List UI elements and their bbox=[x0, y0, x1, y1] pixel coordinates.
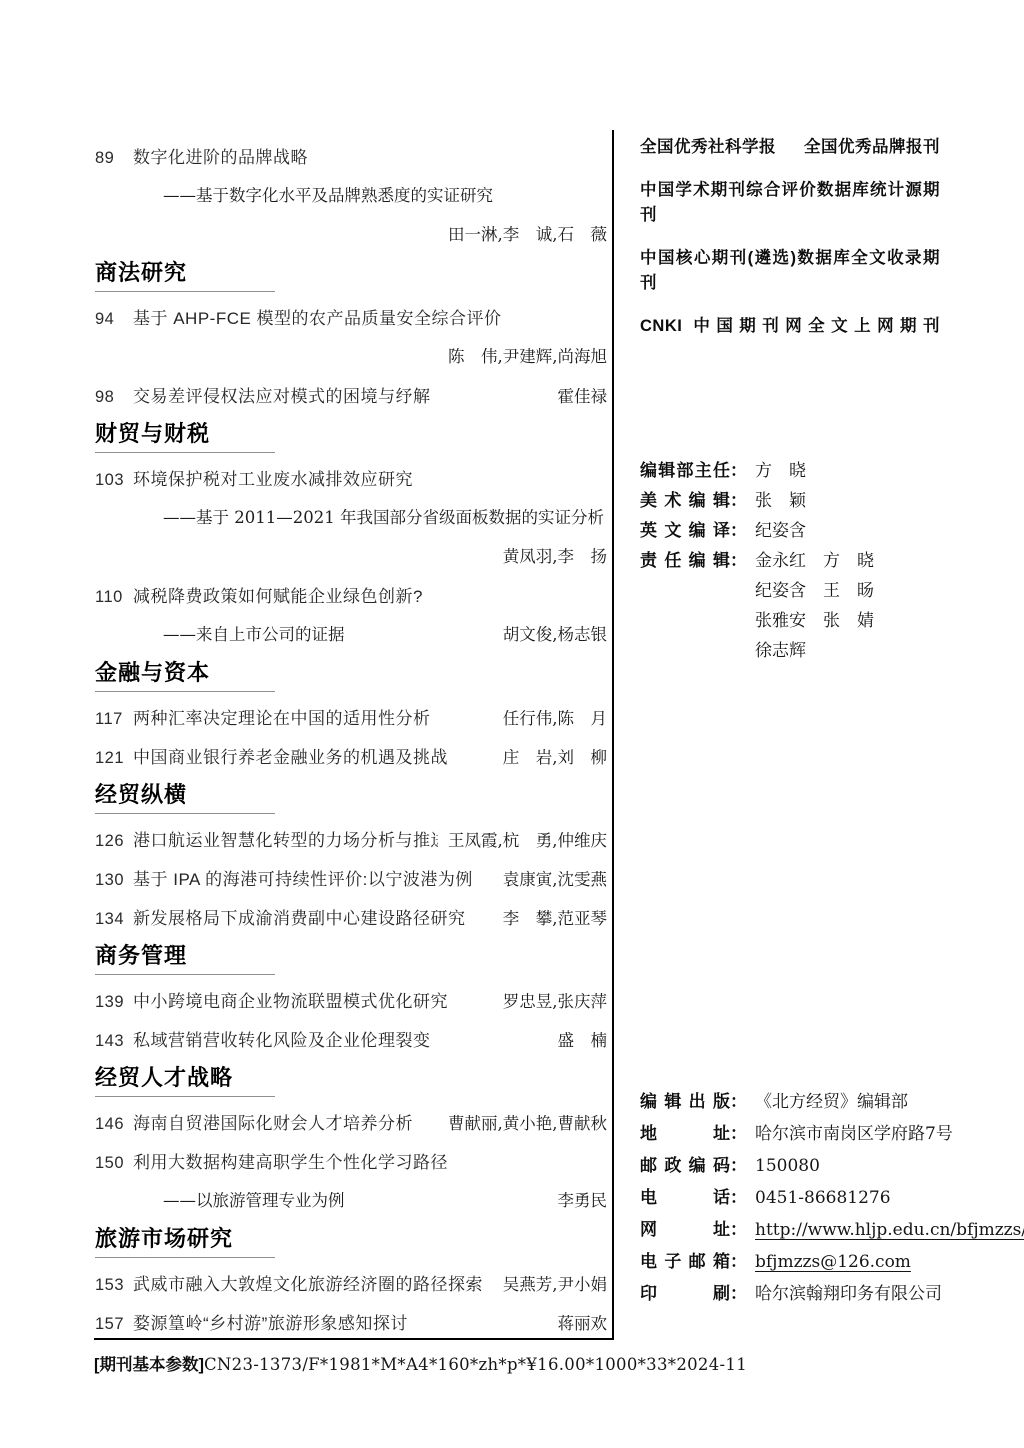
article-authors: 曹献丽,黄小艳,曹献秋 bbox=[448, 1110, 607, 1134]
section-underline bbox=[95, 974, 275, 975]
page-number: 117 bbox=[95, 710, 133, 729]
toc-section: 经贸人才战略 bbox=[95, 1065, 607, 1097]
editorial-label: 编辑部主任 bbox=[640, 456, 730, 486]
page-number: 139 bbox=[95, 993, 133, 1012]
section-title: 旅游市场研究 bbox=[95, 1226, 607, 1252]
article-authors: 王凤霞,杭 勇,仲维庆 bbox=[448, 827, 607, 851]
article-title: 中国商业银行养老金融业务的机遇及挑战 bbox=[133, 743, 493, 768]
page-number: 134 bbox=[95, 910, 133, 929]
toc-entry: 157婺源篁岭“乡村游”旅游形象感知探讨蒋丽欢 bbox=[95, 1309, 607, 1331]
publisher-label: 印刷 bbox=[640, 1278, 730, 1310]
toc-entry: 89数字化进阶的品牌战略 bbox=[95, 143, 607, 165]
page-number: 146 bbox=[95, 1115, 133, 1134]
accolade-text: CNKI 中国期刊网全文上网期刊 bbox=[640, 314, 940, 339]
label-colon: ： bbox=[730, 1246, 755, 1278]
toc-entry: 103环境保护税对工业废水减排效应研究 bbox=[95, 465, 607, 487]
article-authors: 罗忠昱,张庆萍 bbox=[503, 988, 607, 1012]
publisher-row: 网址：http://www.hljp.edu.cn/bfjmzzs/ bbox=[640, 1214, 980, 1246]
accolade-text: 中国核心期刊(遴选)数据库全文收录期刊 bbox=[640, 246, 940, 296]
toc-entry: 110减税降费政策如何赋能企业绿色创新? bbox=[95, 582, 607, 604]
toc-section: 旅游市场研究 bbox=[95, 1226, 607, 1258]
article-subtitle: ——基于数字化水平及品牌熟悉度的实证研究 bbox=[95, 182, 607, 206]
article-title: 交易差评侵权法应对模式的困境与纾解 bbox=[133, 382, 548, 407]
toc-entry: 130基于 IPA 的海港可持续性评价:以宁波港为例袁康寅,沈雯燕 bbox=[95, 865, 607, 887]
label-colon: ： bbox=[730, 1278, 755, 1310]
label-colon: ： bbox=[730, 1086, 755, 1118]
article-title: 中小跨境电商企业物流联盟模式优化研究 bbox=[133, 987, 493, 1012]
toc-entry: 94基于 AHP-FCE 模型的农产品质量安全综合评价 bbox=[95, 304, 607, 326]
label-colon: ： bbox=[730, 1182, 755, 1214]
article-authors: 李勇民 bbox=[558, 1187, 608, 1211]
publisher-label: 地址 bbox=[640, 1118, 730, 1150]
journal-accolades: 全国优秀社科学报全国优秀品牌报刊中国学术期刊综合评价数据库统计源期刊中国核心期刊… bbox=[640, 135, 940, 357]
editorial-row: ：张雅安 张 婧 bbox=[640, 606, 950, 636]
article-title: 新发展格局下成渝消费副中心建设路径研究 bbox=[133, 904, 493, 929]
editorial-value: 徐志辉 bbox=[755, 636, 806, 666]
page-number: 103 bbox=[95, 471, 133, 490]
article-subtitle: ——来自上市公司的证据 bbox=[95, 621, 493, 645]
article-title: 两种汇率决定理论在中国的适用性分析 bbox=[133, 704, 493, 729]
publisher-row: 电子邮箱：bfjmzzs@126.com bbox=[640, 1246, 980, 1278]
article-title: 武威市融入大敦煌文化旅游经济圈的路径探索 bbox=[133, 1270, 493, 1295]
page-number: 121 bbox=[95, 749, 133, 768]
article-title: 私域营销营收转化风险及企业伦理裂变 bbox=[133, 1026, 548, 1051]
section-title: 经贸纵横 bbox=[95, 782, 607, 808]
article-title: 利用大数据构建高职学生个性化学习路径 bbox=[133, 1148, 607, 1173]
article-title: 环境保护税对工业废水减排效应研究 bbox=[133, 465, 607, 490]
article-authors: 田一淋,李 诚,石 薇 bbox=[448, 221, 607, 245]
page-number: 98 bbox=[95, 388, 133, 407]
footer-params: CN23-1373/F*1981*M*A4*160*zh*p*¥16.00*10… bbox=[204, 1355, 747, 1374]
editorial-row: 编辑部主任：方 晓 bbox=[640, 456, 950, 486]
section-title: 经贸人才战略 bbox=[95, 1065, 607, 1091]
editorial-value: 方 晓 bbox=[755, 456, 806, 486]
section-underline bbox=[95, 691, 275, 692]
toc-subtitle: ——以旅游管理专业为例李勇民 bbox=[95, 1187, 607, 1209]
toc-entry: 139中小跨境电商企业物流联盟模式优化研究罗忠昱,张庆萍 bbox=[95, 987, 607, 1009]
toc-authors-row: 田一淋,李 诚,石 薇 bbox=[95, 221, 607, 243]
label-colon: ： bbox=[730, 456, 755, 486]
editorial-row: 英文编译：纪姿含 bbox=[640, 516, 950, 546]
page-number: 110 bbox=[95, 588, 133, 607]
article-title: 基于 AHP-FCE 模型的农产品质量安全综合评价 bbox=[133, 304, 607, 329]
article-authors: 胡文俊,杨志银 bbox=[503, 621, 607, 645]
publisher-link[interactable]: bfjmzzs@126.com bbox=[755, 1246, 911, 1278]
editorial-value: 张 颖 bbox=[755, 486, 806, 516]
toc-bottom-rule bbox=[94, 1338, 614, 1340]
page-number: 94 bbox=[95, 310, 133, 329]
article-authors: 任行伟,陈 月 bbox=[503, 705, 607, 729]
toc-authors-row: 黄凤羽,李 扬 bbox=[95, 543, 607, 565]
publisher-value: 150080 bbox=[755, 1150, 820, 1182]
accolade-text: 全国优秀社科学报 bbox=[640, 135, 776, 160]
publisher-label: 邮政编码 bbox=[640, 1150, 730, 1182]
section-title: 商法研究 bbox=[95, 260, 607, 286]
editorial-label: 英文编译 bbox=[640, 516, 730, 546]
publisher-value: 哈尔滨翰翔印务有限公司 bbox=[755, 1278, 942, 1310]
accolade-line: 中国核心期刊(遴选)数据库全文收录期刊 bbox=[640, 246, 940, 296]
editorial-row: ：徐志辉 bbox=[640, 636, 950, 666]
footer-label: [期刊基本参数] bbox=[94, 1356, 204, 1374]
publisher-row: 邮政编码：150080 bbox=[640, 1150, 980, 1182]
accolade-line: 全国优秀社科学报全国优秀品牌报刊 bbox=[640, 135, 940, 160]
editorial-label: 责任编辑 bbox=[640, 546, 730, 576]
article-authors: 霍佳禄 bbox=[558, 383, 608, 407]
publisher-contact-block: 编辑出版：《北方经贸》编辑部地址：哈尔滨市南岗区学府路7号邮政编码：150080… bbox=[640, 1086, 980, 1310]
accolade-line: CNKI 中国期刊网全文上网期刊 bbox=[640, 314, 940, 339]
article-title: 婺源篁岭“乡村游”旅游形象感知探讨 bbox=[133, 1309, 548, 1334]
publisher-label: 电子邮箱 bbox=[640, 1246, 730, 1278]
toc-entry: 146海南自贸港国际化财会人才培养分析曹献丽,黄小艳,曹献秋 bbox=[95, 1109, 607, 1131]
editorial-row: 责任编辑：金永红 方 晓 bbox=[640, 546, 950, 576]
accolade-text: 中国学术期刊综合评价数据库统计源期刊 bbox=[640, 178, 940, 228]
section-underline bbox=[95, 452, 275, 453]
label-colon: ： bbox=[730, 1214, 755, 1246]
page-number: 157 bbox=[95, 1315, 133, 1334]
toc-entry: 126港口航运业智慧化转型的力场分析与推进对策王凤霞,杭 勇,仲维庆 bbox=[95, 826, 607, 848]
article-authors: 吴燕芳,尹小娟 bbox=[503, 1271, 607, 1295]
article-authors: 陈 伟,尹建辉,尚海旭 bbox=[448, 343, 607, 367]
toc-subtitle: ——基于数字化水平及品牌熟悉度的实证研究 bbox=[95, 182, 607, 204]
article-authors: 李 攀,范亚琴 bbox=[503, 905, 607, 929]
toc-authors-row: 陈 伟,尹建辉,尚海旭 bbox=[95, 343, 607, 365]
page-number: 150 bbox=[95, 1154, 133, 1173]
section-title: 财贸与财税 bbox=[95, 421, 607, 447]
column-divider-line bbox=[612, 130, 614, 1340]
label-colon: ： bbox=[730, 486, 755, 516]
article-title: 数字化进阶的品牌战略 bbox=[133, 143, 607, 168]
publisher-value: 哈尔滨市南岗区学府路7号 bbox=[755, 1118, 953, 1150]
section-underline bbox=[95, 1257, 275, 1258]
toc-column: 89数字化进阶的品牌战略——基于数字化水平及品牌熟悉度的实证研究田一淋,李 诚,… bbox=[95, 143, 607, 1348]
toc-subtitle: ——基于 2011—2021 年我国部分省级面板数据的实证分析 bbox=[95, 504, 607, 526]
toc-entry: 153武威市融入大敦煌文化旅游经济圈的路径探索吴燕芳,尹小娟 bbox=[95, 1270, 607, 1292]
editorial-value: 纪姿含 王 旸 bbox=[755, 576, 874, 606]
editorial-staff-block: 编辑部主任：方 晓美术编辑：张 颖英文编译：纪姿含责任编辑：金永红 方 晓：纪姿… bbox=[640, 456, 950, 666]
accolade-text: 全国优秀品牌报刊 bbox=[804, 135, 940, 160]
toc-section: 金融与资本 bbox=[95, 660, 607, 692]
label-colon: ： bbox=[730, 546, 755, 576]
toc-entry: 134新发展格局下成渝消费副中心建设路径研究李 攀,范亚琴 bbox=[95, 904, 607, 926]
section-underline bbox=[95, 291, 275, 292]
editorial-value: 纪姿含 bbox=[755, 516, 806, 546]
article-title: 减税降费政策如何赋能企业绿色创新? bbox=[133, 582, 607, 607]
publisher-row: 地址：哈尔滨市南岗区学府路7号 bbox=[640, 1118, 980, 1150]
section-underline bbox=[95, 813, 275, 814]
publisher-label: 编辑出版 bbox=[640, 1086, 730, 1118]
article-title: 港口航运业智慧化转型的力场分析与推进对策 bbox=[133, 826, 438, 851]
article-authors: 袁康寅,沈雯燕 bbox=[503, 866, 607, 890]
publisher-link[interactable]: http://www.hljp.edu.cn/bfjmzzs/ bbox=[755, 1214, 1024, 1246]
publisher-row: 电话：0451-86681276 bbox=[640, 1182, 980, 1214]
label-colon: ： bbox=[730, 1150, 755, 1182]
section-title: 商务管理 bbox=[95, 943, 607, 969]
toc-entry: 117两种汇率决定理论在中国的适用性分析任行伟,陈 月 bbox=[95, 704, 607, 726]
toc-entry: 121中国商业银行养老金融业务的机遇及挑战庄 岩,刘 柳 bbox=[95, 743, 607, 765]
publisher-value: 《北方经贸》编辑部 bbox=[755, 1086, 908, 1118]
publisher-label: 网址 bbox=[640, 1214, 730, 1246]
toc-section: 经贸纵横 bbox=[95, 782, 607, 814]
page-number: 130 bbox=[95, 871, 133, 890]
article-title: 海南自贸港国际化财会人才培养分析 bbox=[133, 1109, 438, 1134]
toc-entry: 150利用大数据构建高职学生个性化学习路径 bbox=[95, 1148, 607, 1170]
toc-section: 商法研究 bbox=[95, 260, 607, 292]
editorial-value: 金永红 方 晓 bbox=[755, 546, 874, 576]
editorial-row: ：纪姿含 王 旸 bbox=[640, 576, 950, 606]
publisher-label: 电话 bbox=[640, 1182, 730, 1214]
article-title: 基于 IPA 的海港可持续性评价:以宁波港为例 bbox=[133, 865, 493, 890]
label-colon: ： bbox=[730, 1118, 755, 1150]
article-authors: 黄凤羽,李 扬 bbox=[503, 543, 607, 567]
page-number: 153 bbox=[95, 1276, 133, 1295]
toc-section: 财贸与财税 bbox=[95, 421, 607, 453]
publisher-row: 编辑出版：《北方经贸》编辑部 bbox=[640, 1086, 980, 1118]
article-authors: 盛 楠 bbox=[558, 1027, 608, 1051]
section-title: 金融与资本 bbox=[95, 660, 607, 686]
article-subtitle: ——基于 2011—2021 年我国部分省级面板数据的实证分析 bbox=[95, 504, 607, 528]
accolade-line: 中国学术期刊综合评价数据库统计源期刊 bbox=[640, 178, 940, 228]
article-subtitle: ——以旅游管理专业为例 bbox=[95, 1187, 548, 1211]
journal-params-footer: [期刊基本参数]CN23-1373/F*1981*M*A4*160*zh*p*¥… bbox=[94, 1351, 634, 1375]
article-authors: 蒋丽欢 bbox=[558, 1310, 608, 1334]
editorial-row: 美术编辑：张 颖 bbox=[640, 486, 950, 516]
publisher-row: 印刷：哈尔滨翰翔印务有限公司 bbox=[640, 1278, 980, 1310]
toc-entry: 98交易差评侵权法应对模式的困境与纾解霍佳禄 bbox=[95, 382, 607, 404]
editorial-label: 美术编辑 bbox=[640, 486, 730, 516]
page-number: 126 bbox=[95, 832, 133, 851]
editorial-value: 张雅安 张 婧 bbox=[755, 606, 874, 636]
toc-section: 商务管理 bbox=[95, 943, 607, 975]
page-number: 89 bbox=[95, 149, 133, 168]
publisher-value: 0451-86681276 bbox=[755, 1182, 891, 1214]
label-colon: ： bbox=[730, 516, 755, 546]
section-underline bbox=[95, 1096, 275, 1097]
page-number: 143 bbox=[95, 1032, 133, 1051]
article-authors: 庄 岩,刘 柳 bbox=[503, 744, 607, 768]
toc-subtitle: ——来自上市公司的证据胡文俊,杨志银 bbox=[95, 621, 607, 643]
toc-entry: 143私域营销营收转化风险及企业伦理裂变盛 楠 bbox=[95, 1026, 607, 1048]
